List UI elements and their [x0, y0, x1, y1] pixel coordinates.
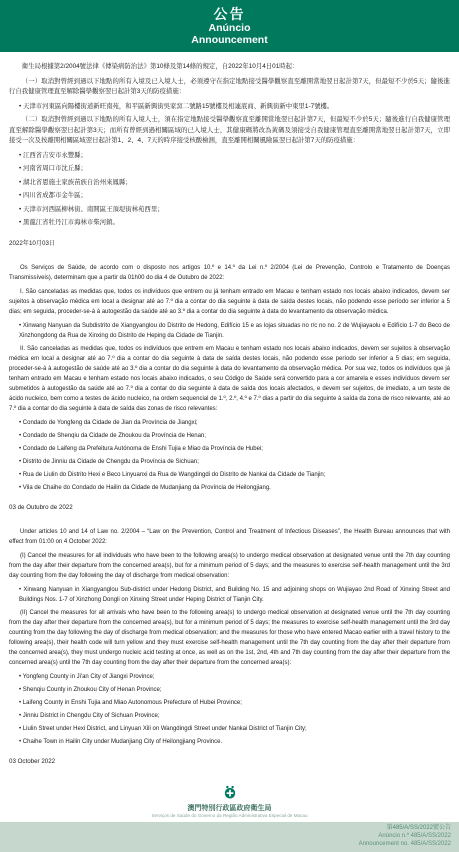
list-item: Laifeng County in Enshi Tujia and Miao A… — [19, 698, 450, 708]
list-item: Yongfeng County in Ji'an City of Jiangxi… — [19, 672, 450, 682]
announcement-header-banner: 公告 Anúncio Announcement — [0, 0, 459, 52]
list-item: Rua de Liulin do Distrito Hexi e Beco Li… — [19, 470, 450, 480]
pt-date: 03 de Outubro de 2022 — [9, 503, 450, 513]
list-item: Xinwang Nanyuan in Xiangyanglou Sub-dist… — [19, 585, 450, 605]
zh-intro-paragraph: 衛生局根據第2/2004號法律《傳染病防治法》第10條及第14條的規定，自202… — [9, 62, 450, 73]
list-item: Shenqiu County in Zhoukou City of Henan … — [19, 685, 450, 695]
reference-number-en: Announcement no. 485/A/SS/2022 — [0, 841, 451, 849]
list-item: 天津市河東區向陽樓街道新旺南苑，和平區新興街吳家窯二號路15號樓及相連底商、新興… — [19, 102, 450, 113]
issuing-organization-block: 澳門特別行政區政府衛生局 Serviços de Saúde do Govern… — [0, 785, 459, 822]
list-item: 江西省吉安市永豐縣； — [19, 151, 450, 162]
list-item: 天津市河西區柳林街、南開區王頂堤街林苑西里； — [19, 205, 450, 216]
pt-intro-paragraph: Os Serviços de Saúde, de acordo com o di… — [9, 263, 450, 283]
header-title-pt: Anúncio — [0, 22, 459, 34]
list-item: 四川省成都市金牛區； — [19, 191, 450, 202]
reference-number-zh: 第485/A/SS/2022號公告 — [0, 825, 451, 833]
organization-name-pt: Serviços de Saúde do Governo da Região A… — [0, 813, 459, 819]
list-item: Jinniu District in Chengdu City of Sichu… — [19, 711, 450, 721]
section-portuguese: Os Serviços de Saúde, de acordo com o di… — [9, 263, 450, 513]
en-measure-2-paragraph: (II) Cancel the measures for all arrival… — [9, 608, 450, 668]
list-item: Liulin Street under Hexi District, and L… — [19, 724, 450, 734]
announcement-reference-band: 第485/A/SS/2022號公告 Anúncio n.º 485/A/SS/2… — [0, 822, 459, 852]
list-item: 黑龍江省牡丹江市海林市柴河鎮。 — [19, 218, 450, 229]
organization-name-zh: 澳門特別行政區政府衛生局 — [0, 805, 459, 813]
list-item: Condado de Yongfeng da Cidade de Jian da… — [19, 418, 450, 428]
health-bureau-logo-icon — [223, 785, 237, 799]
reference-number-pt: Anúncio n.º 485/A/SS/2022 — [0, 833, 451, 841]
list-item: Chaihe Town in Hailin City under Mudanji… — [19, 737, 450, 747]
list-item: 湖北省恩施土家族苗族自治州來鳳縣； — [19, 178, 450, 189]
section-english: Under articles 10 and 14 of Law no. 2/20… — [9, 527, 450, 767]
section-chinese: 衛生局根據第2/2004號法律《傳染病防治法》第10條及第14條的規定，自202… — [9, 62, 450, 249]
list-item: Distrito de Jinniu da Cidade de Chengdu … — [19, 457, 450, 467]
zh-measure-2-paragraph: （二）取消對曾經到過以下地點的所有入境人士，須在指定地點接受醫學觀察直至離開當地… — [9, 115, 450, 147]
list-item: Condado de Laifeng da Prefeitura Autónom… — [19, 444, 450, 454]
zh-measure-1-paragraph: （一）取消對曾經到過以下地點的所有入境及已入境人士，必須遵守在指定地點接受醫學觀… — [9, 77, 450, 98]
en-date: 03 October 2022 — [9, 757, 450, 767]
list-item: Xinwang Nanyuan da Subdistrito de Xiangy… — [19, 321, 450, 341]
pt-measure-1-paragraph: I. São canceladas as medidas que, todos … — [9, 287, 450, 317]
en-intro-paragraph: Under articles 10 and 14 of Law no. 2/20… — [9, 527, 450, 547]
pt-measure-2-paragraph: II. São canceladas as medidas que, todos… — [9, 344, 450, 414]
list-item: 河南省周口市沈丘縣； — [19, 164, 450, 175]
header-title-zh: 公告 — [0, 6, 459, 22]
header-title-en: Announcement — [0, 34, 459, 46]
footer: 澳門特別行政區政府衛生局 Serviços de Saúde do Govern… — [0, 785, 459, 852]
en-measure-1-paragraph: (I) Cancel the measures for all individu… — [9, 551, 450, 581]
announcement-body: 衛生局根據第2/2004號法律《傳染病防治法》第10條及第14條的規定，自202… — [0, 52, 459, 767]
list-item: Vila de Chaihe do Condado de Hailin da C… — [19, 483, 450, 493]
zh-date: 2022年10月03日 — [9, 239, 450, 249]
list-item: Condado de Shenqiu da Cidade de Zhoukou … — [19, 431, 450, 441]
